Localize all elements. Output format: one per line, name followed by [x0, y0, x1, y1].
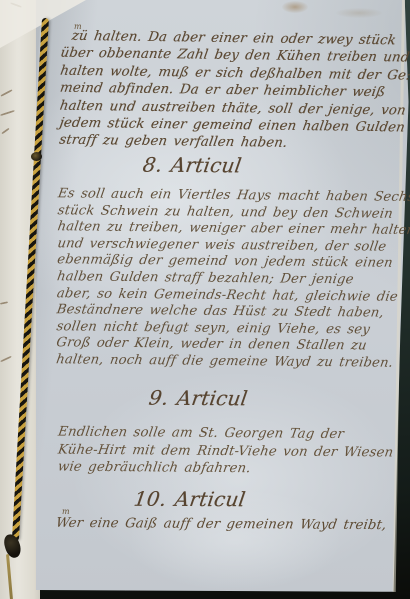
heading-articul-8: 8. Articul	[102, 152, 282, 178]
paragraph-articul-10: Wer eine Gaiß auff der gemeinen Wayd tre…	[56, 515, 404, 534]
text-line: Wer eine Gaiß auff der gemeinen Wayd tre…	[55, 515, 405, 534]
text-line: Endlichen solle am St. Georgen Tag der	[57, 424, 394, 444]
heading-text: 9. Articul	[147, 386, 249, 411]
paragraph-articul-9: Endlichen solle am St. Georgen Tag der K…	[58, 424, 392, 480]
text-line: straff zu geben verfallen haben.	[58, 132, 401, 154]
manuscript-text: m zü halten. Da aber einer ein oder zwey…	[0, 0, 410, 599]
text-line: halten, noch auff die gemeine Wayd zu tr…	[55, 352, 401, 372]
paragraph-7-articul-end: zü halten. Da aber einer ein oder zwey s…	[59, 28, 401, 155]
paragraph-articul-8: Es soll auch ein Viertles Hays macht hab…	[56, 186, 402, 372]
text-line: wie gebräuchlich abfahren.	[57, 459, 394, 479]
heading-articul-9: 9. Articul	[108, 385, 288, 410]
manuscript-photo: m zü halten. Da aber einer ein oder zwey…	[0, 0, 410, 599]
heading-text: 10. Articul	[133, 487, 248, 512]
heading-articul-10: 10. Articul	[100, 487, 280, 512]
heading-text: 8. Articul	[141, 153, 243, 178]
